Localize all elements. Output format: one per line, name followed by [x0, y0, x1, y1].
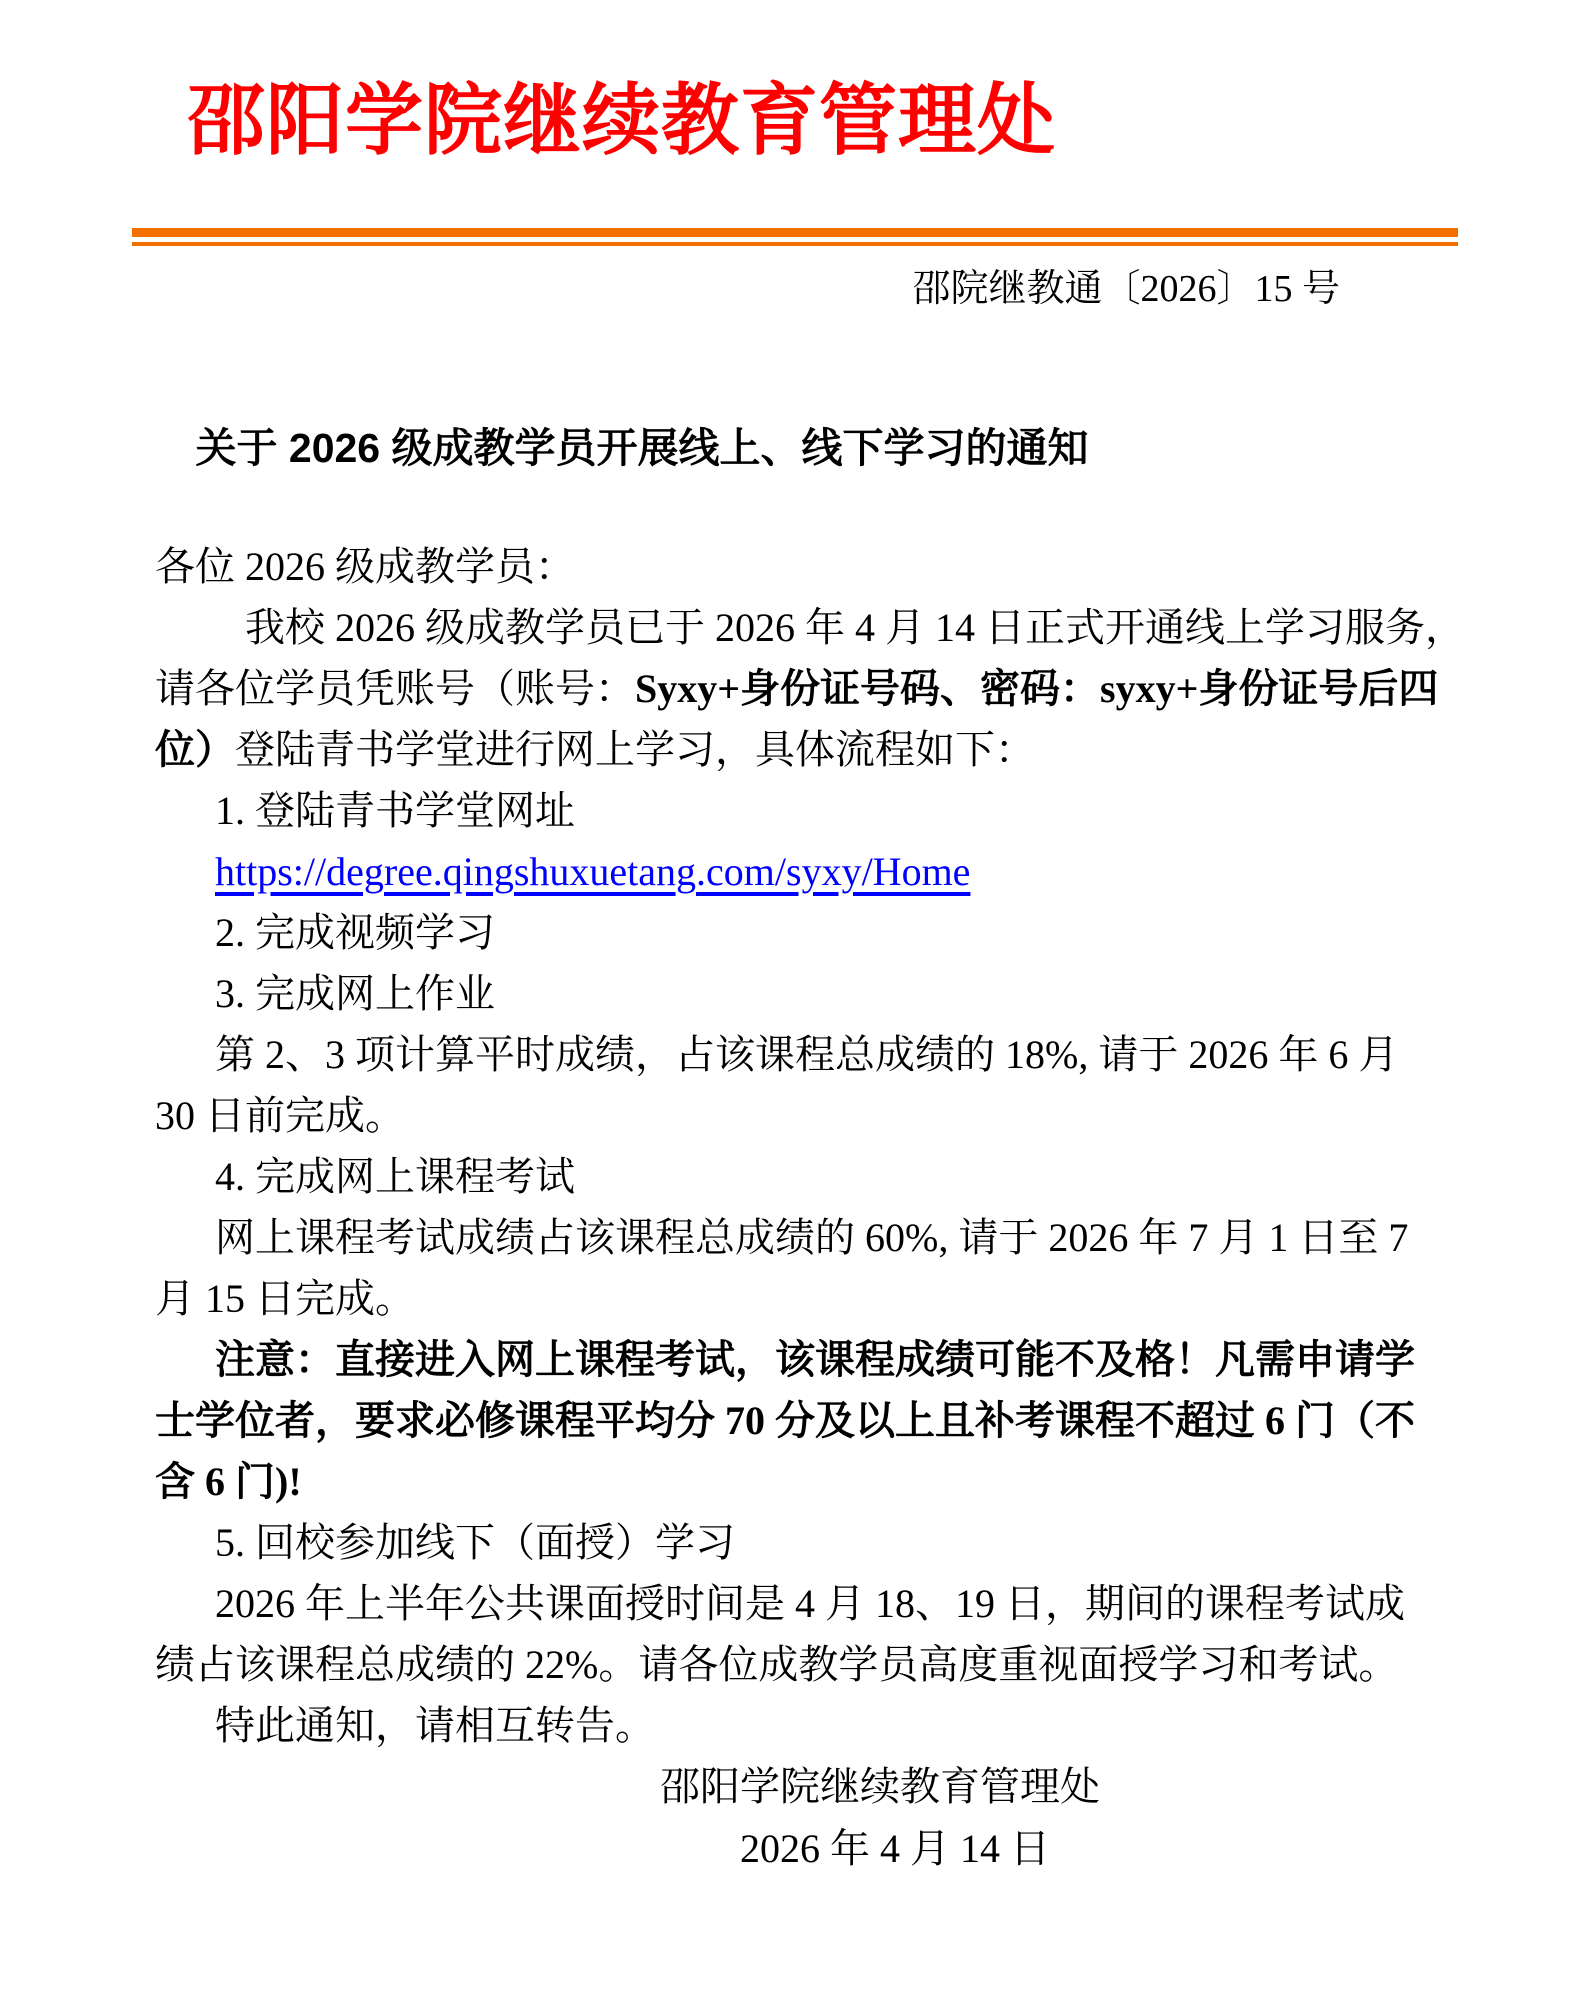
- masthead: 邵阳学院继续教育管理处: [155, 76, 1435, 166]
- doc-number: 邵院继教通〔2026〕15 号: [155, 264, 1435, 314]
- p1-l2-regular: 请各位学员凭账号（账号：: [155, 666, 635, 711]
- step-3-line: 3. 完成网上作业: [155, 963, 1435, 1024]
- link-line: https://degree.qingshuxuetang.com/syxy/H…: [155, 841, 1435, 902]
- step-2-line: 2. 完成视频学习: [155, 902, 1435, 963]
- body-line-p4-2: 绩占该课程总成绩的 22%。请各位成教学员高度重视面授学习和考试。: [155, 1634, 1435, 1695]
- step-5-line: 5. 回校参加线下（面授）学习: [155, 1512, 1435, 1573]
- body-line-p2-1: 第 2、3 项计算平时成绩，占该课程总成绩的 18%, 请于 2026 年 6 …: [155, 1024, 1435, 1085]
- masthead-rule-thick: [132, 228, 1458, 237]
- qingshu-xuetang-link[interactable]: https://degree.qingshuxuetang.com/syxy/H…: [215, 849, 970, 894]
- body-line-p1-1: 我校 2026 级成教学员已于 2026 年 4 月 14 日正式开通线上学习服…: [155, 597, 1435, 658]
- masthead-rule-thin: [132, 242, 1458, 246]
- closing-line: 特此通知，请相互转告。: [155, 1695, 1435, 1756]
- body-line-p3-1: 网上课程考试成绩占该课程总成绩的 60%, 请于 2026 年 7 月 1 日至…: [155, 1207, 1435, 1268]
- masthead-rule: [132, 228, 1458, 246]
- notice-title: 关于 2026 级成教学员开展线上、线下学习的通知: [155, 422, 1129, 474]
- notice-warning-line-2: 士学位者，要求必修课程平均分 70 分及以上且补考课程不超过 6 门（不: [155, 1390, 1435, 1451]
- body-line-p2-2: 30 日前完成。: [155, 1085, 1435, 1146]
- signature-date: 2026 年 4 月 14 日: [155, 1818, 1435, 1880]
- p1-l3-regular: 登陆青书学堂进行网上学习，具体流程如下：: [235, 727, 1035, 772]
- body-line-p1-2: 请各位学员凭账号（账号：Syxy+身份证号码、密码：syxy+身份证号后四: [155, 658, 1435, 719]
- body-line-p1-3: 位）登陆青书学堂进行网上学习，具体流程如下：: [155, 719, 1435, 780]
- notice-warning-line-3: 含 6 门)!: [155, 1451, 1435, 1512]
- masthead-org-name: 邵阳学院继续教育管理处: [187, 76, 1435, 166]
- p1-l2-bold: Syxy+身份证号码、密码：syxy+身份证号后四: [635, 666, 1438, 711]
- step-1-line: 1. 登陆青书学堂网址: [155, 780, 1435, 841]
- p1-l1-text: 我校 2026 级成教学员已于 2026 年 4 月 14 日正式开通线上学习服…: [245, 605, 1465, 650]
- body-line-p3-2: 月 15 日完成。: [155, 1268, 1435, 1329]
- body-line-p4-1: 2026 年上半年公共课面授时间是 4 月 18、19 日，期间的课程考试成: [155, 1573, 1435, 1634]
- notice-body: 各位 2026 级成教学员： 我校 2026 级成教学员已于 2026 年 4 …: [155, 536, 1435, 1756]
- step-4-line: 4. 完成网上课程考试: [155, 1146, 1435, 1207]
- document-page: 邵阳学院继续教育管理处 邵院继教通〔2026〕15 号 关于 2026 级成教学…: [0, 0, 1587, 2000]
- notice-warning-line-1: 注意：直接进入网上课程考试，该课程成绩可能不及格！凡需申请学: [155, 1329, 1435, 1390]
- p1-l3-bold: 位）: [155, 727, 235, 772]
- salutation-line: 各位 2026 级成教学员：: [155, 536, 1435, 597]
- signature-org: 邵阳学院继续教育管理处: [155, 1756, 1435, 1818]
